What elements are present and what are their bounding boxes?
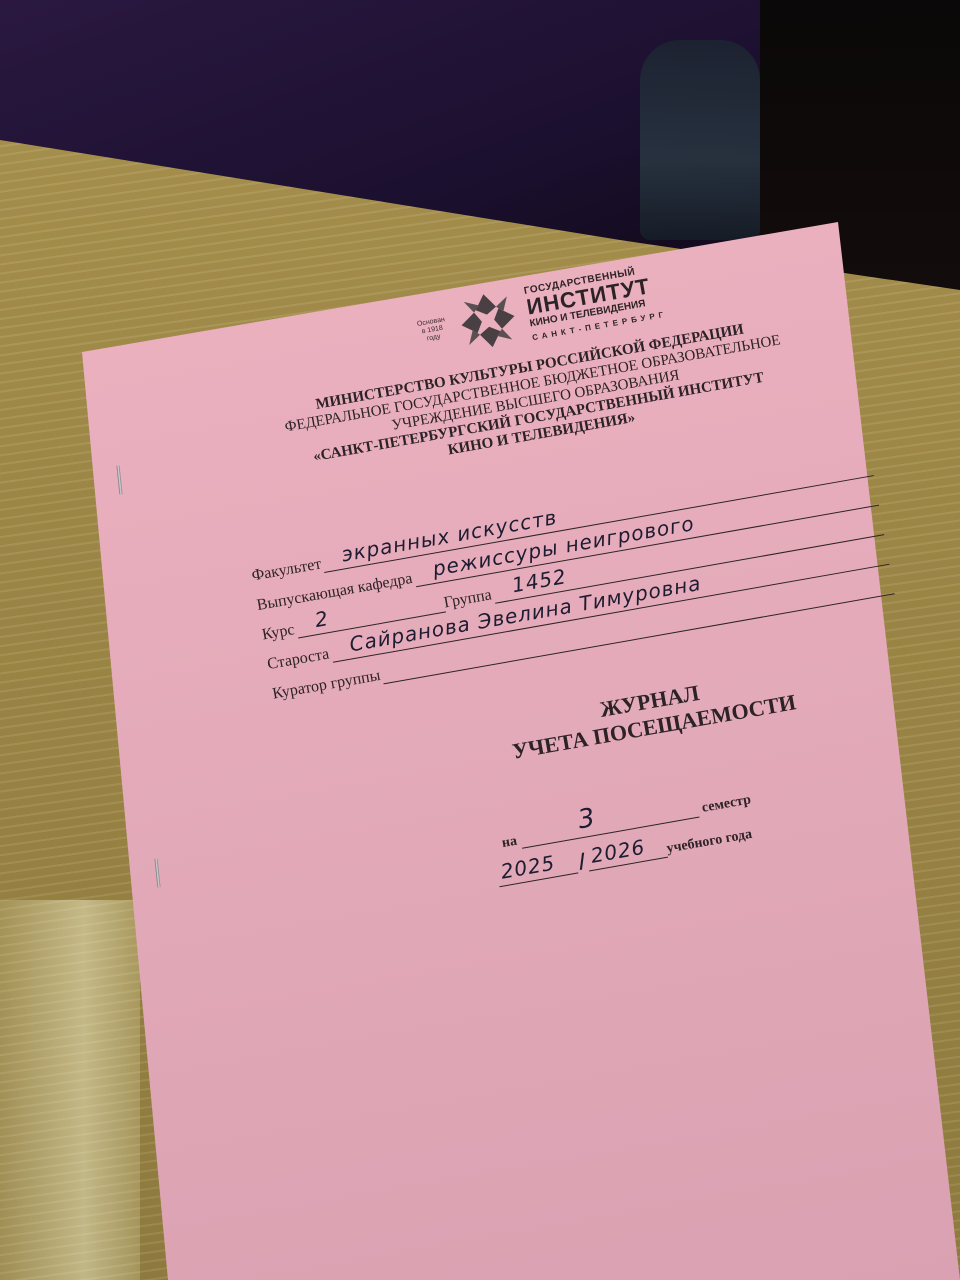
semester-prefix: на xyxy=(501,834,519,852)
group-value: 1452 xyxy=(510,564,568,597)
photo-scene: Основан в 1918 году ГОСУДАРСТВЕННЫЙ ИНСТ… xyxy=(0,0,960,1280)
four-petal-star-logo-icon xyxy=(452,285,524,357)
founded-text: Основан в 1918 году xyxy=(416,316,450,345)
course-value: 2 xyxy=(313,606,331,632)
person-leg-background xyxy=(640,40,760,240)
cover-content: Основан в 1918 году ГОСУДАРСТВЕННЫЙ ИНСТ… xyxy=(200,229,933,922)
curator-label: Куратор группы xyxy=(271,667,382,704)
semester-value: 3 xyxy=(576,803,598,836)
year-end-value: 2026 xyxy=(589,835,647,868)
desk-light-reflection xyxy=(0,900,140,1280)
year-start-value: 2025 xyxy=(499,850,557,883)
